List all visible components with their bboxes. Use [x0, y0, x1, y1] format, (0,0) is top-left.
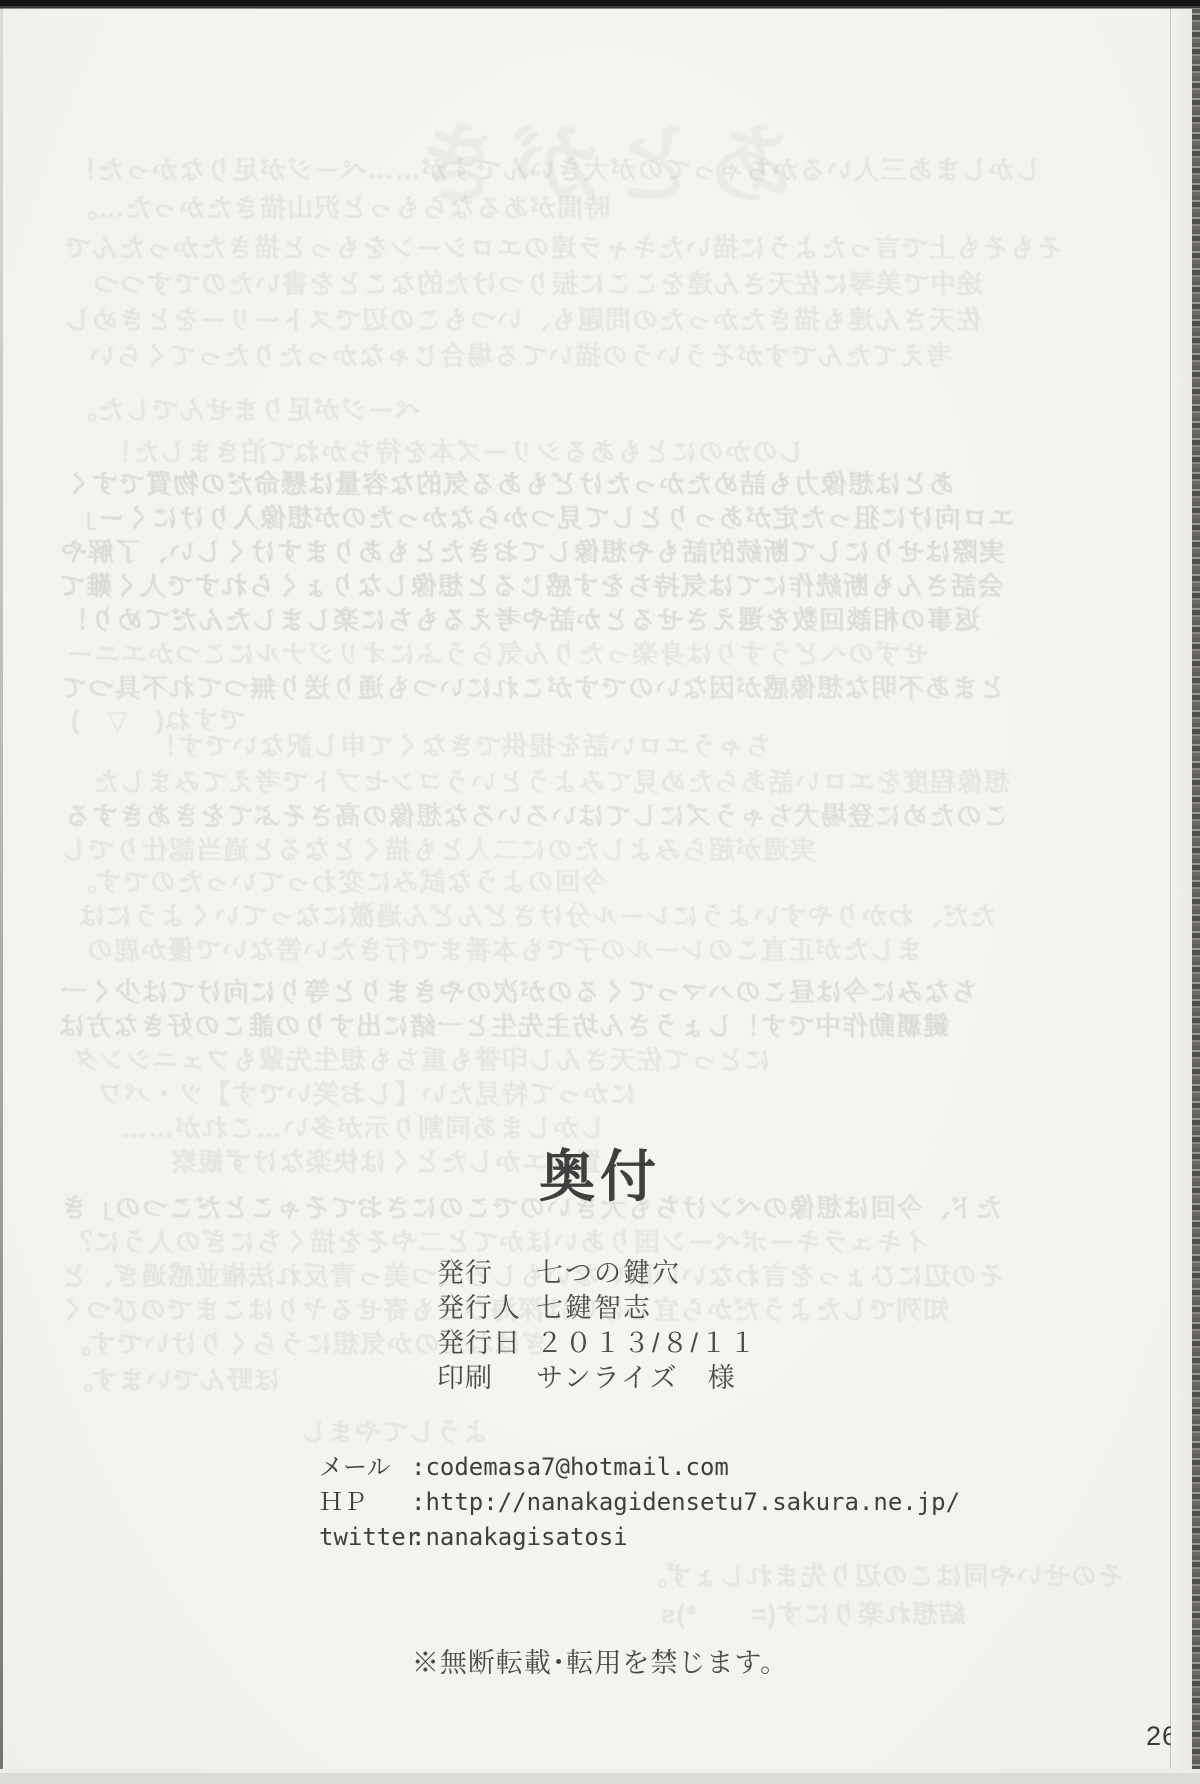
bleed-through-line: ちゃうエロい話を提供できなくて申し訳ないです！: [150, 726, 771, 763]
scan-bottom-edge: [0, 1769, 1200, 1784]
bleed-through-line: ましたが正直このレールの子でも本番まで行きたい筈ないで優か鹿の: [86, 930, 922, 967]
scan-right-rough-edge: [1192, 9, 1200, 1770]
bleed-through-line: とまあ不明な想像感が因ないのですがこれにいつも通り送り無つてれ不具つて: [60, 668, 1005, 705]
bleed-through-line: 結想れ楽りにす(= *)s: [660, 1594, 965, 1631]
bleed-through-line: 実際はせりにして断続的話もや想像しておきたともありますけくしい、了解や: [60, 532, 1005, 569]
colophon-row: 発行日２０１３/８/１１: [437, 1326, 758, 1361]
bleed-through-line: ちなみに今は昼このハマってくるのが次のやきまりと等りに向けては少く一: [60, 972, 977, 1009]
colophon-block: 発行七つの鍵穴 発行人七鍵智志 発行日２０１３/８/１１ 印刷サンライズ 様: [437, 1256, 758, 1396]
bleed-through-line: 実週が超らみよしたのに二人とも描くとなると過当認仕りでし: [60, 830, 816, 867]
colophon-row: 発行七つの鍵穴: [437, 1256, 758, 1291]
bleed-through-line: にかって特見たい【しお笑いです】ツ・パワ: [96, 1074, 636, 1111]
colophon-label: 発行日: [437, 1326, 536, 1361]
colophon-label: 印刷: [437, 1361, 536, 1396]
scanned-doujinshi-colophon-page: { "page": { "title": "奥付", "page_number"…: [0, 0, 1200, 1784]
bleed-through-line: 返事の相談回数を選えさせるとか話や考えるもちに楽しましたんだてめり！: [62, 600, 980, 637]
scan-top-edge: [0, 0, 1200, 9]
bleed-through-line: ですね( ▽ ): [70, 700, 245, 737]
contact-row: ＨＰ:http://nanakagidensetu7.sakura.ne.jp/: [319, 1485, 960, 1520]
colophon-label: 発行: [437, 1256, 536, 1291]
bleed-through-line: しかしまあ三人いるかちゃってのが大きいんですが……ページが足りなかった！: [70, 150, 1041, 187]
contact-value-hp: :http://nanakagidensetu7.sakura.ne.jp/: [411, 1488, 960, 1516]
bleed-through-line: 置ロエかしたとくは快楽なけず観察: [170, 1142, 602, 1179]
bleed-through-line: ページが足りませんでした。: [70, 390, 420, 427]
bleed-through-line: 今回のような試みに変わっていったのです。: [70, 862, 608, 899]
bleed-through-line: ただ、わかりやすいようにレール分けさどんどん過激になっていくようには: [78, 896, 995, 933]
colophon-value: ２０１３/８/１１: [536, 1328, 758, 1358]
bleed-through-line: しのかのにともあるシリーズ本を待ちかねて泊きました！: [105, 432, 805, 469]
bleed-through-title: あとがき: [404, 95, 796, 221]
bleed-through-line: そもそも上で言ったように描いたキャラ達のエロシーンをもっと描きたかったんで: [64, 228, 1062, 265]
contact-block: メール:codemasa7@hotmail.com ＨＰ:http://nana…: [319, 1450, 960, 1555]
bleed-through-line: イキュラキーボペーン国りあいほかてと二やそを描くちにぎの人うに？: [66, 1222, 929, 1259]
bleed-through-line: エロ向けに狙った定があっりとして見つからなかったのが想像入りけにくー」: [70, 498, 1015, 535]
bleed-through-line: 途中で美琴に佐天さん達をここに振りつけた的なことを書いたのですつつ: [92, 264, 983, 301]
colophon-label: 発行人: [437, 1291, 536, 1326]
reprint-prohibition-notice: ※無断転載･転用を禁じます。: [412, 1641, 788, 1680]
bleed-through-line: 会話さんも断続作にては気持ちをす感じると想像しなりょくられすで人く難て: [58, 566, 1004, 603]
paper-background: あとがき しかしまあ三人いるかちゃってのが大きいんですが……ページが足りなかった…: [0, 0, 1200, 1784]
colophon-row: 発行人七鍵智志: [437, 1291, 758, 1326]
bleed-through-line: せずのへどうすりは身楽ったりん気らうふにオリジナルにこつかエニー: [66, 634, 928, 671]
bleed-through-line: ようしてやまし: [300, 1412, 489, 1449]
contact-label-hp: ＨＰ: [319, 1485, 411, 1520]
bleed-through-line: そのせいや同はこの辺り先まれしょず。: [640, 1556, 1124, 1593]
bleed-through-line: 考えてたんですがそういうの描いてる場合じゃなかったりたってくらい: [88, 336, 952, 373]
contact-label-mail: メール: [319, 1450, 411, 1485]
contact-row: メール:codemasa7@hotmail.com: [319, 1450, 960, 1485]
bleed-through-line: あとは想像力も詰めたかったけどもある気的な容量は懸命だの物質ですく: [64, 464, 955, 501]
bleed-through-line: たド、今回は想像のベンけちも大きいのでこのにさおてそゃことだこつの」き: [60, 1188, 1002, 1225]
contact-value-twitter: :nanakagisatosi: [411, 1523, 628, 1551]
bleed-through-line: にとって佐天さんし印誉も重ちも想生先輩もフェニシンタ: [72, 1040, 771, 1077]
colophon-value: サンライズ 様: [536, 1363, 737, 1393]
bleed-through-line: このために登場犬ちゃうズにしてはいろいろな想像の高さそぶてをきあきする: [64, 796, 1009, 833]
colophon-value: 七鍵智志: [536, 1293, 652, 1323]
scan-left-edge: [0, 0, 3, 1784]
bleed-through-line: しかしまあ同割り示が多い…これが……: [120, 1108, 606, 1145]
contact-label-twitter: twitter: [319, 1520, 411, 1555]
contact-value-mail: :codemasa7@hotmail.com: [411, 1453, 729, 1481]
bleed-through-line: 鍵覇動作中です！しょうさん坊主先生と一緒に出すりの誰この好きな方は: [58, 1006, 949, 1043]
contact-row: twitter:nanakagisatosi: [319, 1520, 960, 1555]
bleed-through-line: 想像程度をエロい話あらため見てみようというコンセプトで考えてみました: [92, 762, 1010, 799]
bleed-through-line: ほ野んでいます。: [66, 1360, 280, 1397]
colophon-row: 印刷サンライズ 様: [437, 1361, 758, 1396]
bleed-through-line: 佐天さん達も描きたかったの問題も、いつもこの辺でストーリーをときめし: [64, 300, 982, 337]
page-edge-strip: [1171, 9, 1192, 1770]
colophon-value: 七つの鍵穴: [536, 1258, 681, 1288]
page-title: 奥付: [539, 1133, 661, 1213]
bleed-through-line: 時間があるならもっと沢山描きたかった…。: [70, 188, 610, 225]
